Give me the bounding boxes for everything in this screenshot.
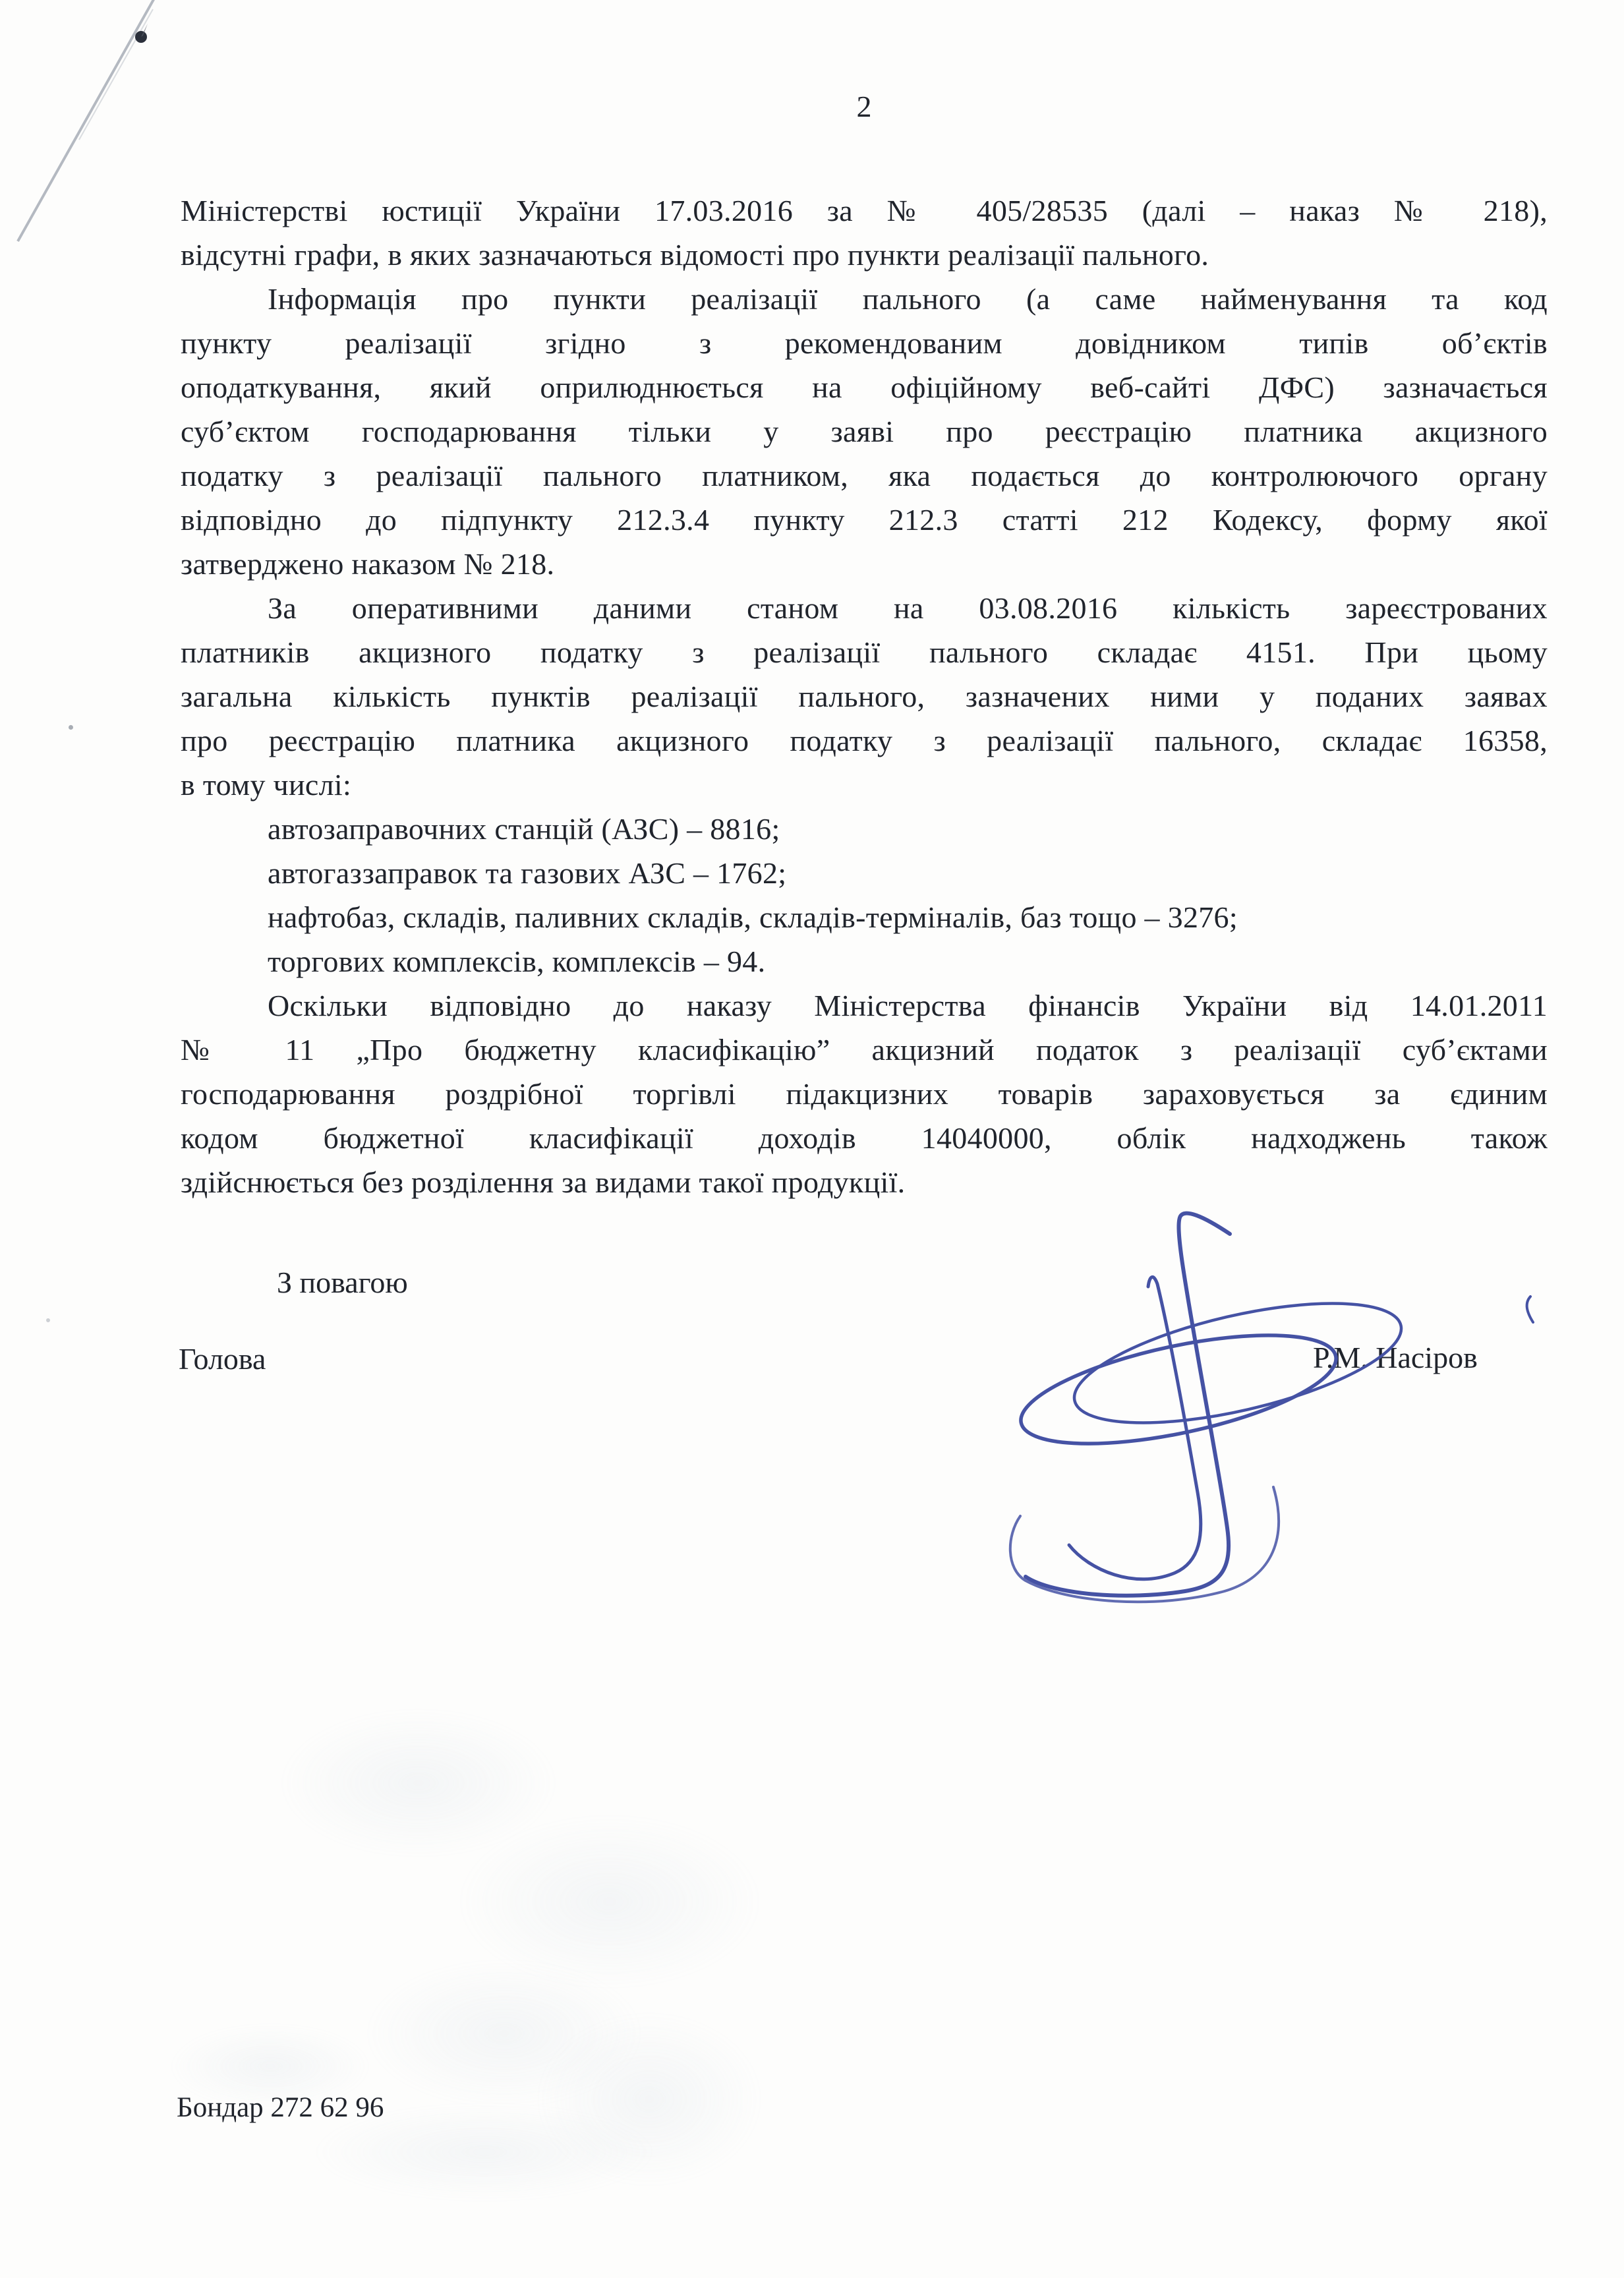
text-line: про реєстрацію платника акцизного податк… bbox=[181, 718, 1548, 763]
text-line: Оскільки відповідно до наказу Міністерст… bbox=[181, 983, 1548, 1028]
paragraph: Міністерстві юстиції України 17.03.2016 … bbox=[181, 189, 1548, 277]
text-line: суб’єктом господарювання тільки у заяві … bbox=[181, 409, 1548, 453]
text-line: торгових комплексів, комплексів – 94. bbox=[181, 939, 1548, 983]
footer-reference: Бондар 272 62 96 bbox=[177, 2091, 384, 2125]
body-text: Міністерстві юстиції України 17.03.2016 … bbox=[181, 189, 1548, 1204]
paragraph: Інформація про пункти реалізації пальног… bbox=[181, 277, 1548, 586]
ink-dot bbox=[135, 31, 147, 43]
signer-position: Голова bbox=[179, 1339, 266, 1379]
text-line: За оперативними даними станом на 03.08.2… bbox=[181, 586, 1548, 630]
text-line: платників акцизного податку з реалізації… bbox=[181, 630, 1548, 674]
text-line: господарювання роздрібної торгівлі підак… bbox=[181, 1072, 1548, 1116]
text-line: податку з реалізації пального платником,… bbox=[181, 453, 1548, 498]
list-block: автозаправочних станцій (АЗС) – 8816;авт… bbox=[181, 807, 1548, 983]
text-line: Інформація про пункти реалізації пальног… bbox=[181, 277, 1548, 321]
closing-salutation: З повагою bbox=[277, 1263, 408, 1302]
page-number: 2 bbox=[181, 91, 1548, 123]
text-line: Міністерстві юстиції України 17.03.2016 … bbox=[181, 189, 1548, 233]
text-line: затверджено наказом № 218. bbox=[181, 542, 1548, 586]
text-line: оподаткування, який оприлюднюється на оф… bbox=[181, 365, 1548, 409]
text-line: нафтобаз, складів, паливних складів, скл… bbox=[181, 895, 1548, 939]
paragraph: За оперативними даними станом на 03.08.2… bbox=[181, 586, 1548, 807]
text-line: загальна кількість пунктів реалізації па… bbox=[181, 674, 1548, 718]
text-line: № 11 „Про бюджетну класифікацію” акцизни… bbox=[181, 1028, 1548, 1072]
text-line: здійснюється без розділення за видами та… bbox=[181, 1160, 1548, 1204]
scan-fold-line-artifact bbox=[0, 0, 198, 277]
text-line: пункту реалізації згідно з рекомендовани… bbox=[181, 321, 1548, 365]
paper-speck bbox=[69, 725, 73, 730]
text-line: відповідно до підпункту 212.3.4 пункту 2… bbox=[181, 498, 1548, 542]
text-line: відсутні графи, в яких зазначаються відо… bbox=[181, 233, 1548, 277]
text-line: в тому числі: bbox=[181, 763, 1548, 807]
text-line: кодом бюджетної класифікації доходів 140… bbox=[181, 1116, 1548, 1160]
document-page: 2 Міністерстві юстиції України 17.03.201… bbox=[0, 0, 1624, 2278]
signer-name: Р.М. Насіров bbox=[1313, 1338, 1478, 1378]
paragraph: Оскільки відповідно до наказу Міністерст… bbox=[181, 983, 1548, 1204]
text-line: автозаправочних станцій (АЗС) – 8816; bbox=[181, 807, 1548, 851]
text-line: автогаззаправок та газових АЗС – 1762; bbox=[181, 851, 1548, 895]
paper-speck bbox=[46, 1318, 50, 1322]
